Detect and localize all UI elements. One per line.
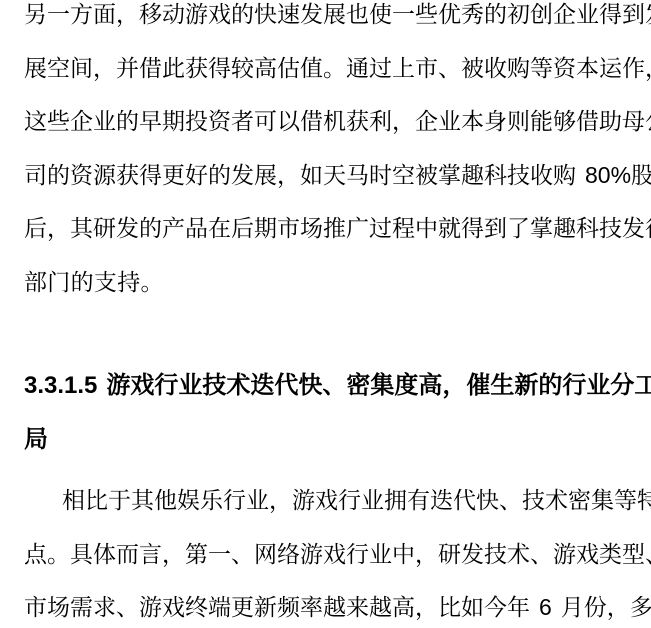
glyph: 发: [300, 0, 323, 42]
glyph: 业: [246, 474, 269, 528]
glyph: 第: [185, 528, 208, 582]
glyph: 够: [553, 95, 576, 149]
glyph: 企: [553, 0, 576, 42]
glyph: 掌: [530, 202, 553, 256]
text-line: 3.3.1.5游戏行业技术迭代快、密集度高，催生新的行业分工格: [24, 359, 641, 413]
glyph: 娱: [177, 474, 200, 528]
glyph: 行: [346, 528, 369, 582]
glyph: 如: [461, 581, 484, 628]
glyph: 资: [70, 149, 93, 203]
glyph: 值: [300, 42, 323, 96]
glyph: 科: [484, 149, 507, 203]
glyph: 期: [162, 95, 185, 149]
glyph: 代: [453, 474, 476, 528]
glyph: 行: [645, 202, 651, 256]
glyph: 越: [369, 581, 392, 628]
glyph: 公: [645, 95, 651, 149]
glyph: 趣: [461, 149, 484, 203]
glyph: 些: [47, 95, 70, 149]
glyph: 高: [392, 581, 415, 628]
glyph: ，: [392, 95, 415, 149]
glyph: 技: [202, 359, 226, 413]
glyph: 分: [610, 359, 634, 413]
glyph: 一: [392, 0, 415, 42]
text-line: 这些企业的早期投资者可以借机获利，企业本身则能够借助母公: [24, 95, 641, 149]
glyph: 、: [231, 528, 254, 582]
glyph: 场: [300, 202, 323, 256]
glyph: 过: [369, 42, 392, 96]
text-line: 展空间，并借此获得较高估值。通过上市、被收购等资本运作，: [24, 42, 641, 96]
glyph: 游: [300, 528, 323, 582]
glyph: 一: [208, 528, 231, 582]
glyph: 到: [622, 0, 645, 42]
glyph: 时: [369, 149, 392, 203]
glyph: 得: [139, 149, 162, 203]
glyph: 场: [47, 581, 70, 628]
glyph: 有: [407, 474, 430, 528]
glyph: 迭: [250, 359, 274, 413]
glyph: 6: [539, 581, 552, 628]
glyph: 密: [568, 474, 591, 528]
glyph: 比: [438, 581, 461, 628]
glyph: 通: [346, 42, 369, 96]
glyph: 投: [185, 95, 208, 149]
glyph: 戏: [576, 528, 599, 582]
glyph: ，: [269, 474, 292, 528]
glyph: 作: [622, 42, 645, 96]
glyph: 购: [507, 42, 530, 96]
glyph: 迭: [430, 474, 453, 528]
glyph: 其: [70, 202, 93, 256]
glyph: 得: [461, 202, 484, 256]
glyph: 。: [323, 42, 346, 96]
glyph: 移: [139, 0, 162, 42]
glyph: 助: [599, 95, 622, 149]
glyph: 后: [231, 202, 254, 256]
glyph: ，: [47, 202, 70, 256]
document-page: 另一方面，移动游戏的快速发展也使一些优秀的初创企业得到发展空间，并借此获得较高估…: [24, 0, 641, 628]
glyph: 游: [292, 474, 315, 528]
glyph: 份: [584, 581, 607, 628]
glyph: 比: [85, 474, 108, 528]
glyph: ，: [93, 42, 116, 96]
glyph: 身: [484, 95, 507, 149]
text-line: 另一方面，移动游戏的快速发展也使一些优秀的初创企业得到发: [24, 0, 641, 42]
glyph: 发: [622, 202, 645, 256]
glyph: 估: [277, 42, 300, 96]
glyph: 则: [507, 95, 530, 149]
glyph: 也: [346, 0, 369, 42]
section-heading: 3.3.1.5游戏行业技术迭代快、密集度高，催生新的行业分工格局: [24, 359, 641, 466]
glyph: 行: [338, 474, 361, 528]
glyph: 运: [599, 42, 622, 96]
glyph: 、: [438, 42, 461, 96]
glyph: 集: [370, 359, 394, 413]
glyph: 趣: [553, 202, 576, 256]
glyph: 产: [162, 202, 185, 256]
glyph: 展: [323, 0, 346, 42]
glyph: 业: [93, 95, 116, 149]
glyph: 今: [484, 581, 507, 628]
glyph: 业: [178, 359, 202, 413]
glyph: ，: [116, 0, 139, 42]
glyph: 网: [254, 528, 277, 582]
glyph: 初: [507, 0, 530, 42]
glyph: 被: [415, 149, 438, 203]
glyph: 研: [438, 528, 461, 582]
glyph: 较: [231, 42, 254, 96]
glyph: 、: [499, 474, 522, 528]
glyph: 戏: [208, 0, 231, 42]
glyph: 、: [645, 528, 651, 582]
glyph: 多: [630, 581, 651, 628]
glyph: 源: [93, 149, 116, 203]
glyph: 术: [545, 474, 568, 528]
glyph: 而: [116, 528, 139, 582]
glyph: 快: [476, 474, 499, 528]
glyph: 程: [392, 202, 415, 256]
glyph: 业: [361, 474, 384, 528]
glyph: ，: [162, 528, 185, 582]
glyph: 如: [300, 149, 323, 203]
glyph: 就: [438, 202, 461, 256]
text-line: 市场需求、游戏终端更新频率越来越高，比如今年6月份，多个: [24, 581, 641, 628]
glyph: 技: [599, 202, 622, 256]
glyph: 获: [185, 42, 208, 96]
glyph: 来: [346, 581, 369, 628]
glyph: 游: [139, 581, 162, 628]
glyph: 并: [116, 42, 139, 96]
glyph: 特: [637, 474, 651, 528]
glyph: 度: [394, 359, 418, 413]
glyph: 收: [484, 42, 507, 96]
glyph: 品: [185, 202, 208, 256]
glyph: 需: [70, 581, 93, 628]
glyph: 业: [369, 528, 392, 582]
glyph: 、: [530, 528, 553, 582]
glyph: 发: [461, 528, 484, 582]
glyph: 其: [131, 474, 154, 528]
glyph: 以: [277, 95, 300, 149]
glyph: 发: [116, 202, 139, 256]
glyph: 80%: [585, 149, 631, 203]
glyph: 的: [231, 0, 254, 42]
glyph: ，: [607, 581, 630, 628]
glyph: 使: [369, 0, 392, 42]
glyph: 游: [185, 0, 208, 42]
glyph: 面: [93, 0, 116, 42]
glyph: ，: [415, 528, 438, 582]
glyph: 本: [461, 95, 484, 149]
glyph: 的: [538, 359, 562, 413]
glyph: 等: [614, 474, 637, 528]
glyph: 股: [631, 149, 651, 203]
glyph: 于: [108, 474, 131, 528]
glyph: 月: [561, 581, 584, 628]
glyph: 新: [514, 359, 538, 413]
glyph: 展: [24, 42, 47, 96]
glyph: 优: [438, 0, 461, 42]
glyph: 展: [254, 149, 277, 203]
glyph: 此: [162, 42, 185, 96]
glyph: 戏: [162, 581, 185, 628]
glyph: 的: [484, 0, 507, 42]
glyph: 发: [645, 0, 651, 42]
glyph: 密: [346, 359, 370, 413]
glyph: 企: [415, 95, 438, 149]
glyph: 戏: [315, 474, 338, 528]
glyph: 推: [323, 202, 346, 256]
glyph: 天: [323, 149, 346, 203]
paragraph: 相比于其他娱乐行业，游戏行业拥有迭代快、技术密集等特点。具体而言，第一、网络游戏…: [24, 474, 641, 628]
glyph: 得: [208, 42, 231, 96]
glyph: 期: [254, 202, 277, 256]
glyph: 技: [522, 474, 545, 528]
glyph: 获: [116, 149, 139, 203]
glyph: 高: [254, 42, 277, 96]
glyph: 市: [24, 581, 47, 628]
glyph: 早: [139, 95, 162, 149]
glyph: 科: [576, 202, 599, 256]
text-line: 相比于其他娱乐行业，游戏行业拥有迭代快、技术密集等特: [24, 474, 641, 528]
glyph: 高: [418, 359, 442, 413]
glyph: 求: [93, 581, 116, 628]
glyph: 工: [634, 359, 651, 413]
glyph: 马: [346, 149, 369, 203]
glyph: 游: [553, 528, 576, 582]
glyph: 好: [185, 149, 208, 203]
glyph: 市: [415, 42, 438, 96]
glyph: 行: [562, 359, 586, 413]
glyph: 等: [530, 42, 553, 96]
glyph: 资: [553, 42, 576, 96]
glyph: 集: [591, 474, 614, 528]
glyph: 了: [507, 202, 530, 256]
glyph: 购: [553, 149, 576, 203]
glyph: 空: [392, 149, 415, 203]
glyph: 创: [530, 0, 553, 42]
glyph: ，: [415, 581, 438, 628]
glyph: 间: [70, 42, 93, 96]
glyph: 可: [254, 95, 277, 149]
glyph: 发: [231, 149, 254, 203]
glyph: 率: [300, 581, 323, 628]
glyph: 到: [484, 202, 507, 256]
text-line: 后，其研发的产品在后期市场推广过程中就得到了掌趣科技发行: [24, 202, 641, 256]
glyph: 快: [254, 0, 277, 42]
glyph: 借: [576, 95, 599, 149]
glyph: 行: [154, 359, 178, 413]
glyph: 方: [70, 0, 93, 42]
glyph: 型: [622, 528, 645, 582]
glyph: 中: [415, 202, 438, 256]
glyph: 更: [231, 581, 254, 628]
glyph: 3.3.1.5: [24, 359, 97, 413]
glyph: 快: [298, 359, 322, 413]
glyph: 市: [277, 202, 300, 256]
glyph: 业: [586, 359, 610, 413]
paragraph: 另一方面，移动游戏的快速发展也使一些优秀的初创企业得到发展空间，并借此获得较高估…: [24, 0, 641, 309]
glyph: 络: [277, 528, 300, 582]
glyph: 、: [322, 359, 346, 413]
glyph: 术: [507, 528, 530, 582]
glyph: 年: [507, 581, 530, 628]
glyph: 类: [599, 528, 622, 582]
glyph: 体: [93, 528, 116, 582]
glyph: 秀: [461, 0, 484, 42]
glyph: 一: [47, 0, 70, 42]
glyph: 的: [47, 149, 70, 203]
glyph: 行: [223, 474, 246, 528]
glyph: 利: [369, 95, 392, 149]
glyph: 被: [461, 42, 484, 96]
glyph: ，: [645, 42, 651, 96]
glyph: 技: [507, 149, 530, 203]
glyph: 研: [93, 202, 116, 256]
glyph: 的: [116, 95, 139, 149]
glyph: 终: [185, 581, 208, 628]
glyph: 更: [162, 149, 185, 203]
glyph: 借: [300, 95, 323, 149]
glyph: 后: [24, 202, 47, 256]
glyph: 另: [24, 0, 47, 42]
glyph: 端: [208, 581, 231, 628]
glyph: 频: [277, 581, 300, 628]
glyph: 司: [24, 149, 47, 203]
glyph: 术: [226, 359, 250, 413]
glyph: 的: [139, 202, 162, 256]
glyph: 相: [62, 474, 85, 528]
glyph: 能: [530, 95, 553, 149]
glyph: 收: [530, 149, 553, 203]
glyph: 这: [24, 95, 47, 149]
glyph: 越: [323, 581, 346, 628]
glyph: 技: [484, 528, 507, 582]
text-line: 部门的支持。: [24, 256, 641, 310]
glyph: 些: [415, 0, 438, 42]
glyph: 资: [208, 95, 231, 149]
glyph: 过: [369, 202, 392, 256]
glyph: 戏: [323, 528, 346, 582]
text-line: 局: [24, 413, 641, 467]
glyph: 的: [208, 149, 231, 203]
glyph: 广: [346, 202, 369, 256]
glyph: 企: [70, 95, 93, 149]
glyph: 催: [466, 359, 490, 413]
glyph: 借: [139, 42, 162, 96]
glyph: 动: [162, 0, 185, 42]
glyph: 新: [254, 581, 277, 628]
glyph: 机: [323, 95, 346, 149]
glyph: 生: [490, 359, 514, 413]
glyph: 上: [392, 42, 415, 96]
glyph: 中: [392, 528, 415, 582]
glyph: 掌: [438, 149, 461, 203]
glyph: 乐: [200, 474, 223, 528]
glyph: 本: [576, 42, 599, 96]
glyph: 获: [346, 95, 369, 149]
text-line: 点。具体而言，第一、网络游戏行业中，研发技术、游戏类型、: [24, 528, 641, 582]
glyph: 拥: [384, 474, 407, 528]
glyph: ，: [442, 359, 466, 413]
text-line: 司的资源获得更好的发展，如天马时空被掌趣科技收购80%股权: [24, 149, 641, 203]
glyph: 游: [106, 359, 130, 413]
glyph: 空: [47, 42, 70, 96]
glyph: 。: [47, 528, 70, 582]
glyph: 言: [139, 528, 162, 582]
glyph: 业: [576, 0, 599, 42]
glyph: ，: [277, 149, 300, 203]
glyph: 者: [231, 95, 254, 149]
glyph: 点: [24, 528, 47, 582]
glyph: 代: [274, 359, 298, 413]
glyph: 得: [599, 0, 622, 42]
glyph: 、: [116, 581, 139, 628]
glyph: 在: [208, 202, 231, 256]
glyph: 速: [277, 0, 300, 42]
glyph: 母: [622, 95, 645, 149]
glyph: 具: [70, 528, 93, 582]
glyph: 业: [438, 95, 461, 149]
glyph: 戏: [130, 359, 154, 413]
glyph: 他: [154, 474, 177, 528]
